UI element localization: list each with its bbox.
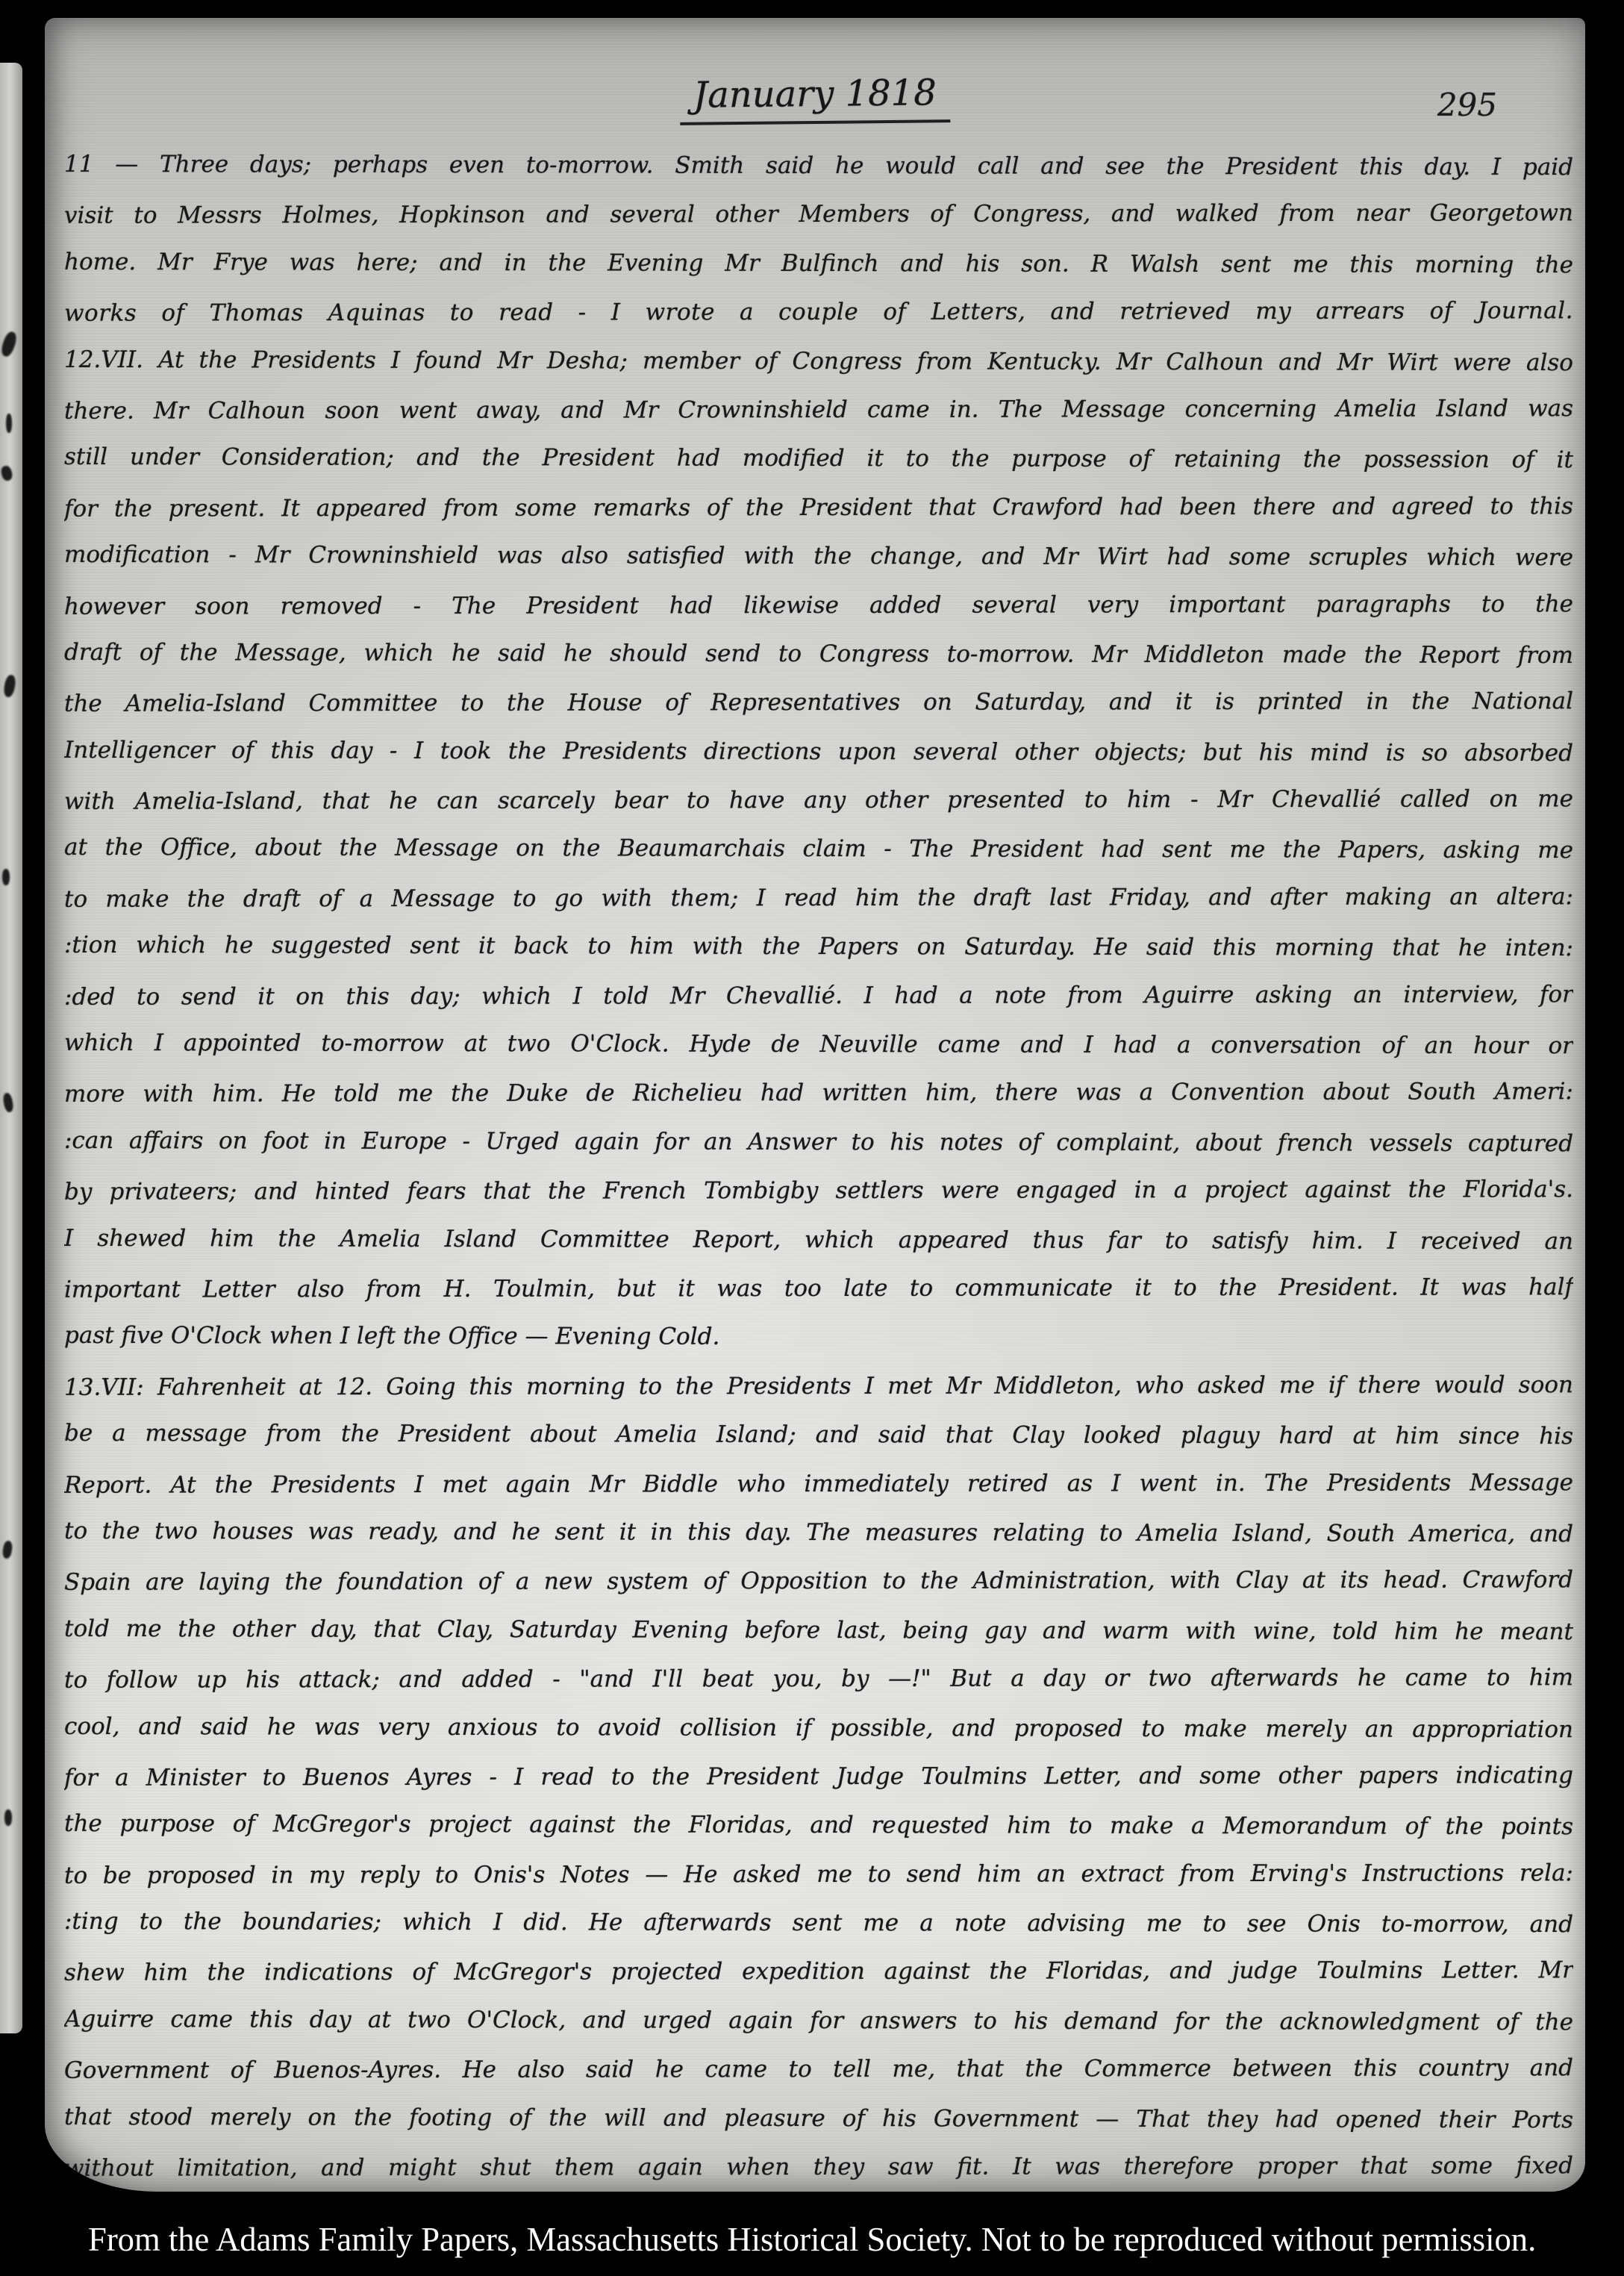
page-number: 295	[1437, 87, 1497, 123]
manuscript-line: more with him. He told me the Duke de Ri…	[64, 1070, 1573, 1121]
page-heading: January 1818	[680, 72, 950, 125]
manuscript-line: to be proposed in my reply to Onis's Not…	[64, 1851, 1573, 1902]
manuscript-line: to follow up his attack; and added - "an…	[64, 1655, 1573, 1706]
facing-page-edge	[0, 63, 22, 2033]
ink-fragment	[6, 414, 12, 433]
manuscript-line: Intelligencer of this day - I took the P…	[64, 728, 1573, 780]
manuscript-line: 11 — Three days; perhaps even to-morrow.…	[64, 142, 1573, 194]
manuscript-line: :tion which he suggested sent it back to…	[64, 923, 1573, 975]
manuscript-line: home. Mr Frye was here; and in the Eveni…	[64, 240, 1573, 292]
manuscript-line: however soon removed - The President had…	[64, 582, 1573, 633]
ink-fragment	[3, 674, 17, 698]
manuscript-line: important Letter also from H. Toulmin, b…	[64, 1265, 1573, 1316]
ink-fragment	[2, 869, 10, 885]
manuscript-line: :ded to send it on this day; which I tol…	[64, 972, 1573, 1023]
manuscript-line: I shewed him the Amelia Island Committee…	[64, 1215, 1573, 1268]
ink-fragment	[0, 330, 19, 358]
manuscript-line: works of Thomas Aquinas to read - I wrot…	[64, 288, 1573, 340]
manuscript-line: which I appointed to-morrow at two O'Clo…	[64, 1020, 1573, 1073]
manuscript-line: still under Consideration; and the Presi…	[64, 434, 1573, 487]
ink-fragment	[1, 1540, 13, 1559]
manuscript-line: :can affairs on foot in Europe - Urged a…	[64, 1118, 1573, 1170]
footer-caption-bar: From the Adams Family Papers, Massachuse…	[0, 2201, 1624, 2276]
manuscript-line: shew him the indications of McGregor's p…	[64, 1948, 1573, 2000]
manuscript-line: 13.VII: Fahrenheit at 12. Going this mor…	[64, 1362, 1573, 1414]
manuscript-line: be a message from the President about Am…	[64, 1411, 1573, 1463]
ink-fragment	[2, 1092, 14, 1113]
manuscript-line: for the present. It appeared from some r…	[64, 484, 1573, 535]
manuscript-line: the purpose of McGregor's project agains…	[64, 1801, 1573, 1853]
manuscript-line: to make the draft of a Message to go wit…	[64, 874, 1573, 926]
manuscript-line: draft of the Message, which he said he s…	[64, 630, 1573, 682]
ink-fragment	[4, 1809, 12, 1826]
manuscript-line: visit to Messrs Holmes, Hopkinson and se…	[64, 191, 1573, 243]
manuscript-line: the Amelia-Island Committee to the House…	[64, 679, 1573, 731]
manuscript-line: without limitation, and might shut them …	[64, 2143, 1573, 2192]
manuscript-line: Government of Buenos-Ayres. He also said…	[64, 2045, 1573, 2097]
manuscript-line: past five O'Clock when I left the Office…	[64, 1313, 1573, 1365]
manuscript-line: 12.VII. At the Presidents I found Mr Des…	[64, 337, 1573, 389]
ink-fragment	[0, 465, 13, 482]
manuscript-line: there. Mr Calhoun soon went away, and Mr…	[64, 386, 1573, 437]
manuscript-line: Report. At the Presidents I met again Mr…	[64, 1460, 1573, 1512]
diary-page: January 1818 295 11 — Three days; perhap…	[45, 18, 1585, 2192]
manuscript-line: to the two houses was ready, and he sent…	[64, 1509, 1573, 1561]
manuscript-text: 11 — Three days; perhaps even to-morrow.…	[64, 143, 1573, 2192]
manuscript-line: Aguirre came this day at two O'Clock, an…	[64, 1997, 1573, 2049]
manuscript-line: that stood merely on the footing of the …	[64, 2095, 1573, 2147]
manuscript-line: Spain are laying the foundation of a new…	[64, 1558, 1573, 1609]
manuscript-line: with Amelia-Island, that he can scarcely…	[64, 776, 1573, 828]
manuscript-line: by privateers; and hinted fears that the…	[64, 1167, 1573, 1218]
manuscript-line: at the Office, about the Message on the …	[64, 825, 1573, 877]
manuscript-line: modification - Mr Crowninshield was also…	[64, 532, 1573, 584]
footer-caption: From the Adams Family Papers, Massachuse…	[88, 2219, 1536, 2259]
manuscript-line: :ting to the boundaries; which I did. He…	[64, 1899, 1573, 1951]
manuscript-line: cool, and said he was very anxious to av…	[64, 1703, 1573, 1756]
manuscript-line: told me the other day, that Clay, Saturd…	[64, 1606, 1573, 1659]
manuscript-line: for a Minister to Buenos Ayres - I read …	[64, 1753, 1573, 1804]
